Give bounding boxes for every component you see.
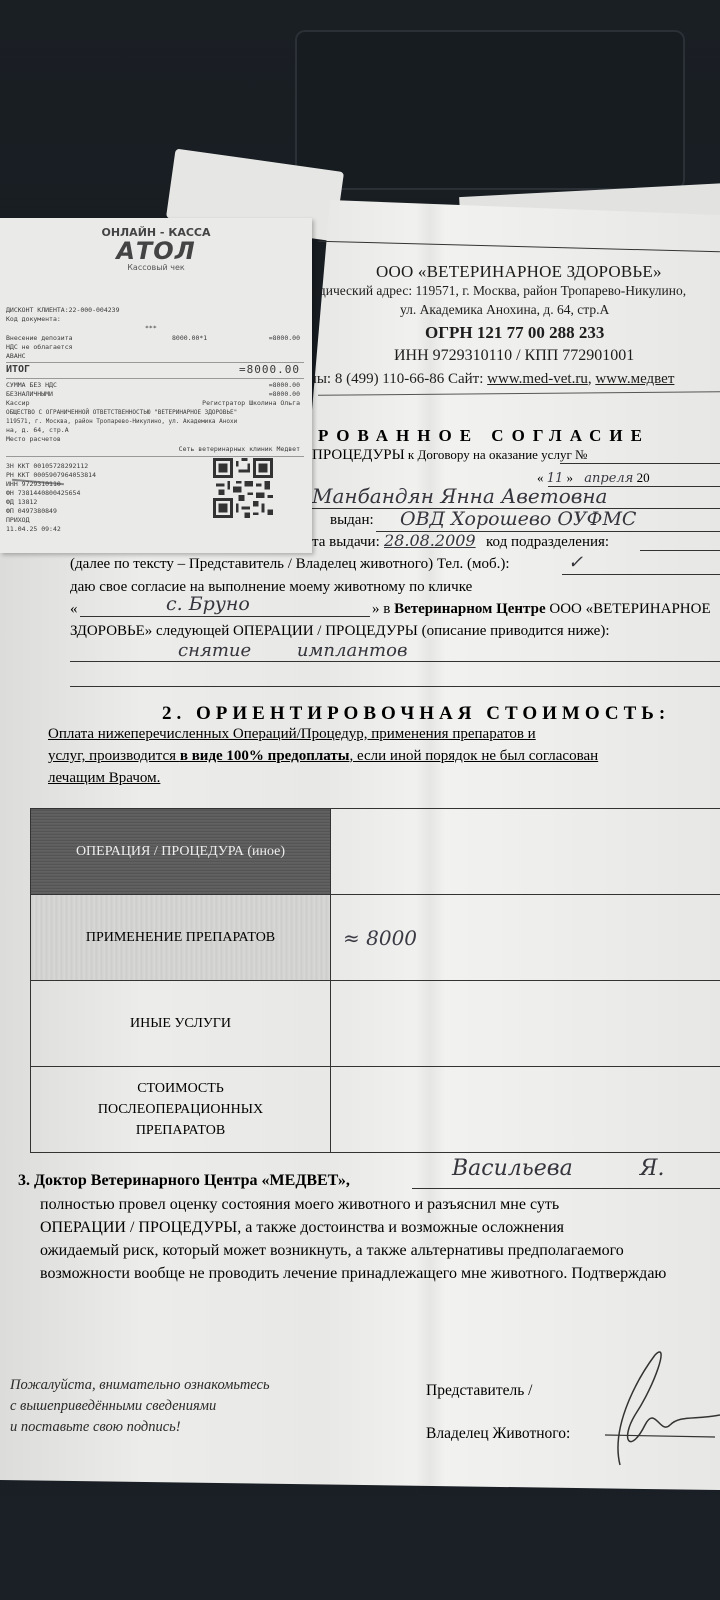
- site-link-2[interactable]: www.медвет: [595, 371, 674, 387]
- cash-receipt: ОНЛАЙН - КАССА АТОЛ Кассовый чек ДИСКОНТ…: [0, 218, 312, 553]
- payment-text-c: , если иной порядок не был согласован: [349, 748, 598, 764]
- receipt-sum-no-vat: =8000.00: [269, 381, 300, 390]
- company-ogrn: ОГРН 121 77 00 288 233: [425, 323, 720, 343]
- receipt-fn: ФН 7381440800425654: [6, 489, 80, 498]
- receipt-sum-no-vat-label: СУММА БЕЗ НДС: [6, 381, 57, 390]
- contract-number-line: [560, 463, 720, 464]
- receipt-inn: ИНН 9729310110: [6, 480, 61, 489]
- doctor-name: Васильева Я.: [452, 1156, 664, 1181]
- receipt-item-total: =8000.00: [269, 334, 300, 343]
- owner-name: Манбандян Янна Аветовна: [312, 484, 607, 508]
- section3-line-3: ожидаемый риск, который может возникнуть…: [40, 1242, 624, 1260]
- note-line-1: Пожалуйста, внимательно ознакомьтесь: [10, 1377, 270, 1394]
- agree-text: даю свое согласие на выполнение моему жи…: [70, 579, 472, 596]
- site-link-1[interactable]: www.med-vet.ru: [487, 371, 588, 387]
- pet-close-quote: » в: [372, 601, 394, 617]
- note-line-3: и поставьте свою подпись!: [10, 1419, 181, 1436]
- doctor-name-line: [412, 1188, 720, 1189]
- row-value-postop: [331, 1067, 720, 1153]
- payment-line-1: Оплата нижеперечисленных Операций/Процед…: [48, 726, 536, 743]
- center-bold: Ветеринарном Центре: [394, 601, 546, 617]
- contract-text: к Договору на оказание услуг №: [405, 447, 588, 462]
- receipt-org-line1: ОБЩЕСТВО С ОГРАНИЧЕННОЙ ОТВЕТСТВЕННОСТЬЮ…: [6, 408, 237, 417]
- receipt-header: ОНЛАЙН - КАССА АТОЛ Кассовый чек: [0, 226, 312, 272]
- receipt-fp: ФП 0497380849: [6, 507, 57, 516]
- atol-logo: АТОЛ: [0, 239, 312, 263]
- receipt-item-name: Внесение депозита: [6, 334, 73, 343]
- procedure-value: снятие имплантов: [178, 640, 407, 661]
- table-row: СТОИМОСТЬ ПОСЛЕОПЕРАЦИОННЫХ ПРЕПАРАТОВ: [31, 1067, 720, 1153]
- row-value-operation: [331, 809, 720, 895]
- issued-value: ОВД Хорошево ОУФМС: [400, 508, 636, 530]
- receipt-cashier: Регистратор Школина Ольга: [202, 399, 300, 408]
- signature-label-1: Представитель /: [426, 1382, 532, 1400]
- owner-signature: [600, 1345, 720, 1475]
- row-label-drugs: ПРИМЕНЕНИЕ ПРЕПАРАТОВ: [31, 895, 331, 981]
- subheading-text: ПРОЦЕДУРЫ: [312, 447, 405, 463]
- receipt-datetime: 11.04.25 09:42: [6, 525, 61, 534]
- issue-date-value: 28.08.2009: [384, 531, 476, 550]
- row-value-other: [331, 981, 720, 1067]
- date-year: 20: [637, 470, 650, 485]
- receipt-cashless: =8000.00: [269, 390, 300, 399]
- pet-name: с. Бруно: [166, 593, 250, 615]
- receipt-type: Кассовый чек: [0, 263, 312, 272]
- company-address-line1: Юридический адрес: 119571, г. Москва, ра…: [305, 283, 720, 299]
- receipt-zn: ЗН ККТ 00105728292112: [6, 462, 88, 471]
- table-row: ОПЕРАЦИЯ / ПРОЦЕДУРА (иное): [31, 809, 720, 895]
- section3-line-4: возможности вообще не проводить лечение …: [40, 1265, 666, 1283]
- cost-table: ОПЕРАЦИЯ / ПРОЦЕДУРА (иное) ПРИМЕНЕНИЕ П…: [30, 808, 720, 1153]
- date-quote-open: «: [537, 470, 544, 485]
- phone-line: [562, 574, 720, 575]
- receipt-org-line2: 119571, г. Москва, район Тропарево-Никул…: [6, 417, 237, 426]
- address-text: Юридический адрес: 119571, г. Москва, ра…: [291, 283, 686, 299]
- receipt-cashier-label: Кассир: [6, 399, 29, 408]
- receipt-vat: НДС не облагается: [6, 343, 73, 352]
- row-label-operation: ОПЕРАЦИЯ / ПРОЦЕДУРА (иное): [31, 809, 331, 895]
- company-inn-kpp: ИНН 9729310110 / КПП 772901001: [394, 347, 720, 365]
- section3-title: 3. Доктор Ветеринарного Центра «МЕДВЕТ»,: [18, 1172, 350, 1190]
- background-tray: [295, 30, 685, 190]
- company-name: ООО «ВЕТЕРИНАРНОЕ ЗДОРОВЬЕ»: [376, 262, 720, 282]
- receipt-org-line3: на, д. 64, стр.А: [6, 426, 69, 435]
- receipt-stars: ***: [145, 324, 157, 333]
- section3-line-1: полностью провел оценку состояния моего …: [40, 1196, 559, 1214]
- receipt-doc-code: Код документа:: [6, 315, 61, 324]
- issued-label: выдан:: [330, 512, 374, 529]
- receipt-total-value: =8000.00: [239, 363, 300, 376]
- company-contacts: Телефоны: 8 (499) 110-66-86 Сайт: www.me…: [310, 371, 720, 388]
- payment-line-3: лечащим Врачом.: [48, 770, 160, 787]
- receipt-separator: [6, 378, 304, 379]
- date-quote-close: »: [567, 470, 574, 485]
- procedure-line-2: [70, 686, 720, 687]
- signature-label-2: Владелец Животного:: [426, 1425, 570, 1443]
- consent-heading: РОВАННОЕ СОГЛАСИЕ: [318, 426, 650, 446]
- center-rest: ООО «ВЕТЕРИНАРНОЕ: [546, 601, 711, 617]
- receipt-item-qty: 8000.00*1: [172, 334, 207, 343]
- receipt-advance: АВАНС: [6, 352, 26, 361]
- receipt-discount: ДИСКОНТ КЛИЕНТА:22-000-004239: [6, 306, 120, 315]
- note-line-2: с вышеприведёнными сведениями: [10, 1398, 216, 1415]
- phone-checkmark: ✓: [568, 552, 583, 573]
- receipt-place-label: Место расчетов: [6, 435, 61, 444]
- consent-subheading: ПРОЦЕДУРЫ к Договору на оказание услуг №: [312, 447, 587, 464]
- qr-code-icon: [213, 458, 273, 518]
- pet-name-line: [80, 616, 370, 617]
- section3-line-2: ОПЕРАЦИИ / ПРОЦЕДУРЫ, а также достоинств…: [40, 1219, 564, 1237]
- row-label-postop: СТОИМОСТЬ ПОСЛЕОПЕРАЦИОННЫХ ПРЕПАРАТОВ: [31, 1067, 331, 1153]
- receipt-place: Сеть ветеринарных клиник Медвет: [179, 445, 300, 454]
- center-text: » в Ветеринарном Центре ООО «ВЕТЕРИНАРНО…: [372, 601, 711, 618]
- company-address-line2: ул. Академика Анохина, д. 64, стр.А: [400, 302, 720, 318]
- pet-name-open-quote: «: [70, 601, 78, 618]
- payment-text-bold: в виде 100% предоплаты: [180, 748, 350, 764]
- row-value-drugs: ≈ 8000: [331, 895, 720, 981]
- receipt-total-label: ИТОГ: [6, 364, 30, 375]
- payment-line-2: услуг, производится в виде 100% предопла…: [48, 748, 598, 765]
- payment-text-a: услуг, производится: [48, 748, 180, 764]
- division-code-label: код подразделения:: [486, 534, 609, 551]
- receipt-fd: ФД 13812: [6, 498, 37, 507]
- section2-title: 2. ОРИЕНТИРОВОЧНАЯ СТОИМОСТЬ:: [162, 703, 670, 725]
- issue-date-label: та выдачи:: [312, 534, 380, 551]
- procedure-intro: ЗДОРОВЬЕ» следующей ОПЕРАЦИИ / ПРОЦЕДУРЫ…: [70, 623, 609, 640]
- procedure-line-1: [70, 661, 720, 662]
- table-row: ИНЫЕ УСЛУГИ: [31, 981, 720, 1067]
- table-row: ПРИМЕНЕНИЕ ПРЕПАРАТОВ ≈ 8000: [31, 895, 720, 981]
- representative-text: (далее по тексту – Представитель / Владе…: [70, 556, 510, 573]
- receipt-separator: [6, 456, 304, 457]
- division-code-line: [640, 550, 720, 551]
- receipt-cashless-label: БЕЗНАЛИЧНЫМИ: [6, 390, 53, 399]
- receipt-operation: ПРИХОД: [6, 516, 29, 525]
- row-label-other: ИНЫЕ УСЛУГИ: [31, 981, 331, 1067]
- receipt-rn: РН ККТ 0005907964053814: [6, 471, 96, 480]
